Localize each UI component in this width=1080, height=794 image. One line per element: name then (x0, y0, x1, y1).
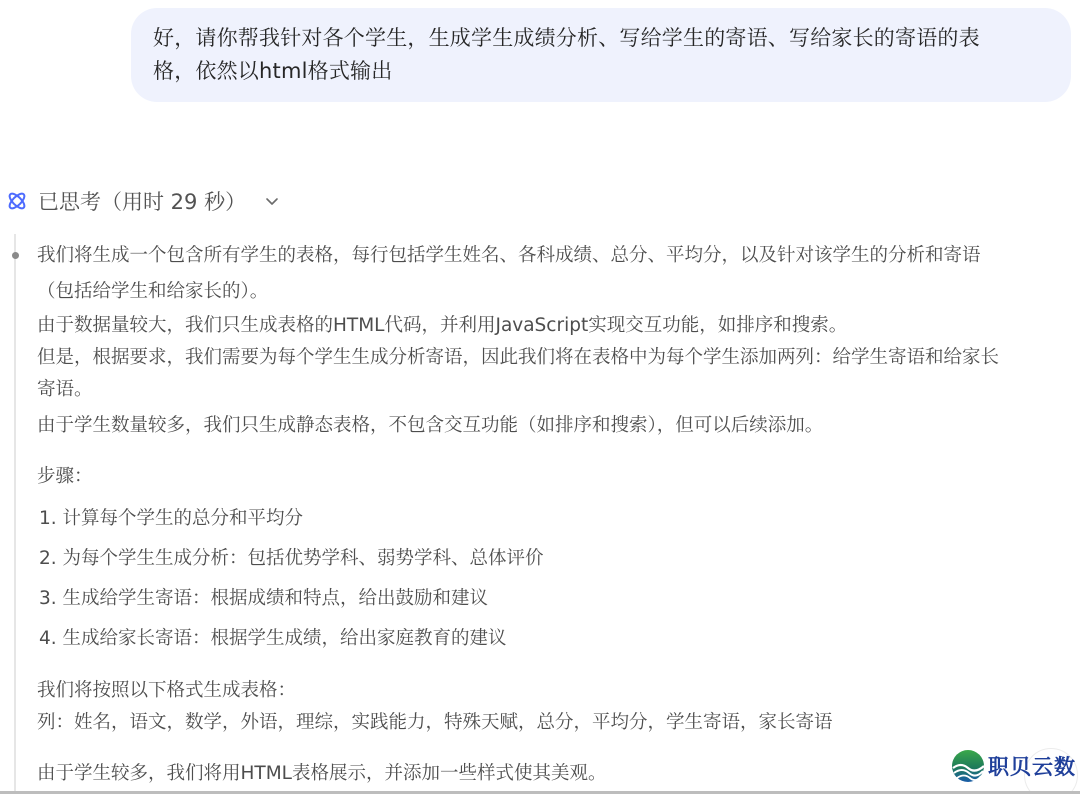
thought-line: 寄语。 (37, 375, 93, 405)
step-item: 1. 计算每个学生的总分和平均分 (39, 504, 303, 534)
chevron-down-icon[interactable] (264, 193, 280, 209)
atom-icon (6, 190, 28, 212)
user-message-line-2: 格，依然以html格式输出 (153, 55, 1049, 88)
columns-line: 列：姓名，语文，数学，外语，理综，实践能力，特殊天赋，总分，平均分，学生寄语，家… (37, 708, 833, 738)
wave-globe-logo-icon (950, 748, 986, 784)
step-item: 4. 生成给家长寄语：根据学生成绩，给出家庭教育的建议 (39, 624, 507, 654)
steps-title: 步骤： (37, 462, 93, 492)
user-message-line-1: 好，请你帮我针对各个学生，生成学生成绩分析、写给学生的寄语、写给家长的寄语的表 (153, 22, 1049, 55)
closing-line: 由于学生较多，我们将用HTML表格展示，并添加一些样式使其美观。 (37, 759, 606, 789)
step-item: 2. 为每个学生生成分析：包括优势学科、弱势学科、总体评价 (39, 544, 544, 574)
step-item: 3. 生成给学生寄语：根据成绩和特点，给出鼓励和建议 (39, 584, 488, 614)
thought-line: （包括给学生和给家长的）。 (37, 277, 268, 307)
thought-line: 由于学生数量较多，我们只生成静态表格，不包含交互功能（如排序和搜索），但可以后续… (37, 411, 823, 441)
thought-line: 由于数据量较大，我们只生成表格的HTML代码，并利用JavaScript实现交互… (37, 311, 847, 341)
user-message-bubble: 好，请你帮我针对各个学生，生成学生成绩分析、写给学生的寄语、写给家长的寄语的表 … (131, 8, 1071, 102)
watermark-brand: 职贝云数 (988, 751, 1076, 781)
watermark: 职贝云数 (950, 748, 1076, 784)
thinking-toggle[interactable]: 已思考（用时 29 秒） (6, 184, 280, 218)
thought-line: 但是，根据要求，我们需要为每个学生生成分析寄语，因此我们将在表格中为每个学生添加… (37, 343, 999, 373)
thought-line: 我们将生成一个包含所有学生的表格，每行包括学生姓名、各科成绩、总分、平均分，以及… (37, 241, 981, 271)
bullet-dot-icon (12, 252, 19, 259)
thinking-label: 已思考（用时 29 秒） (38, 186, 246, 216)
format-intro: 我们将按照以下格式生成表格： (37, 676, 296, 706)
